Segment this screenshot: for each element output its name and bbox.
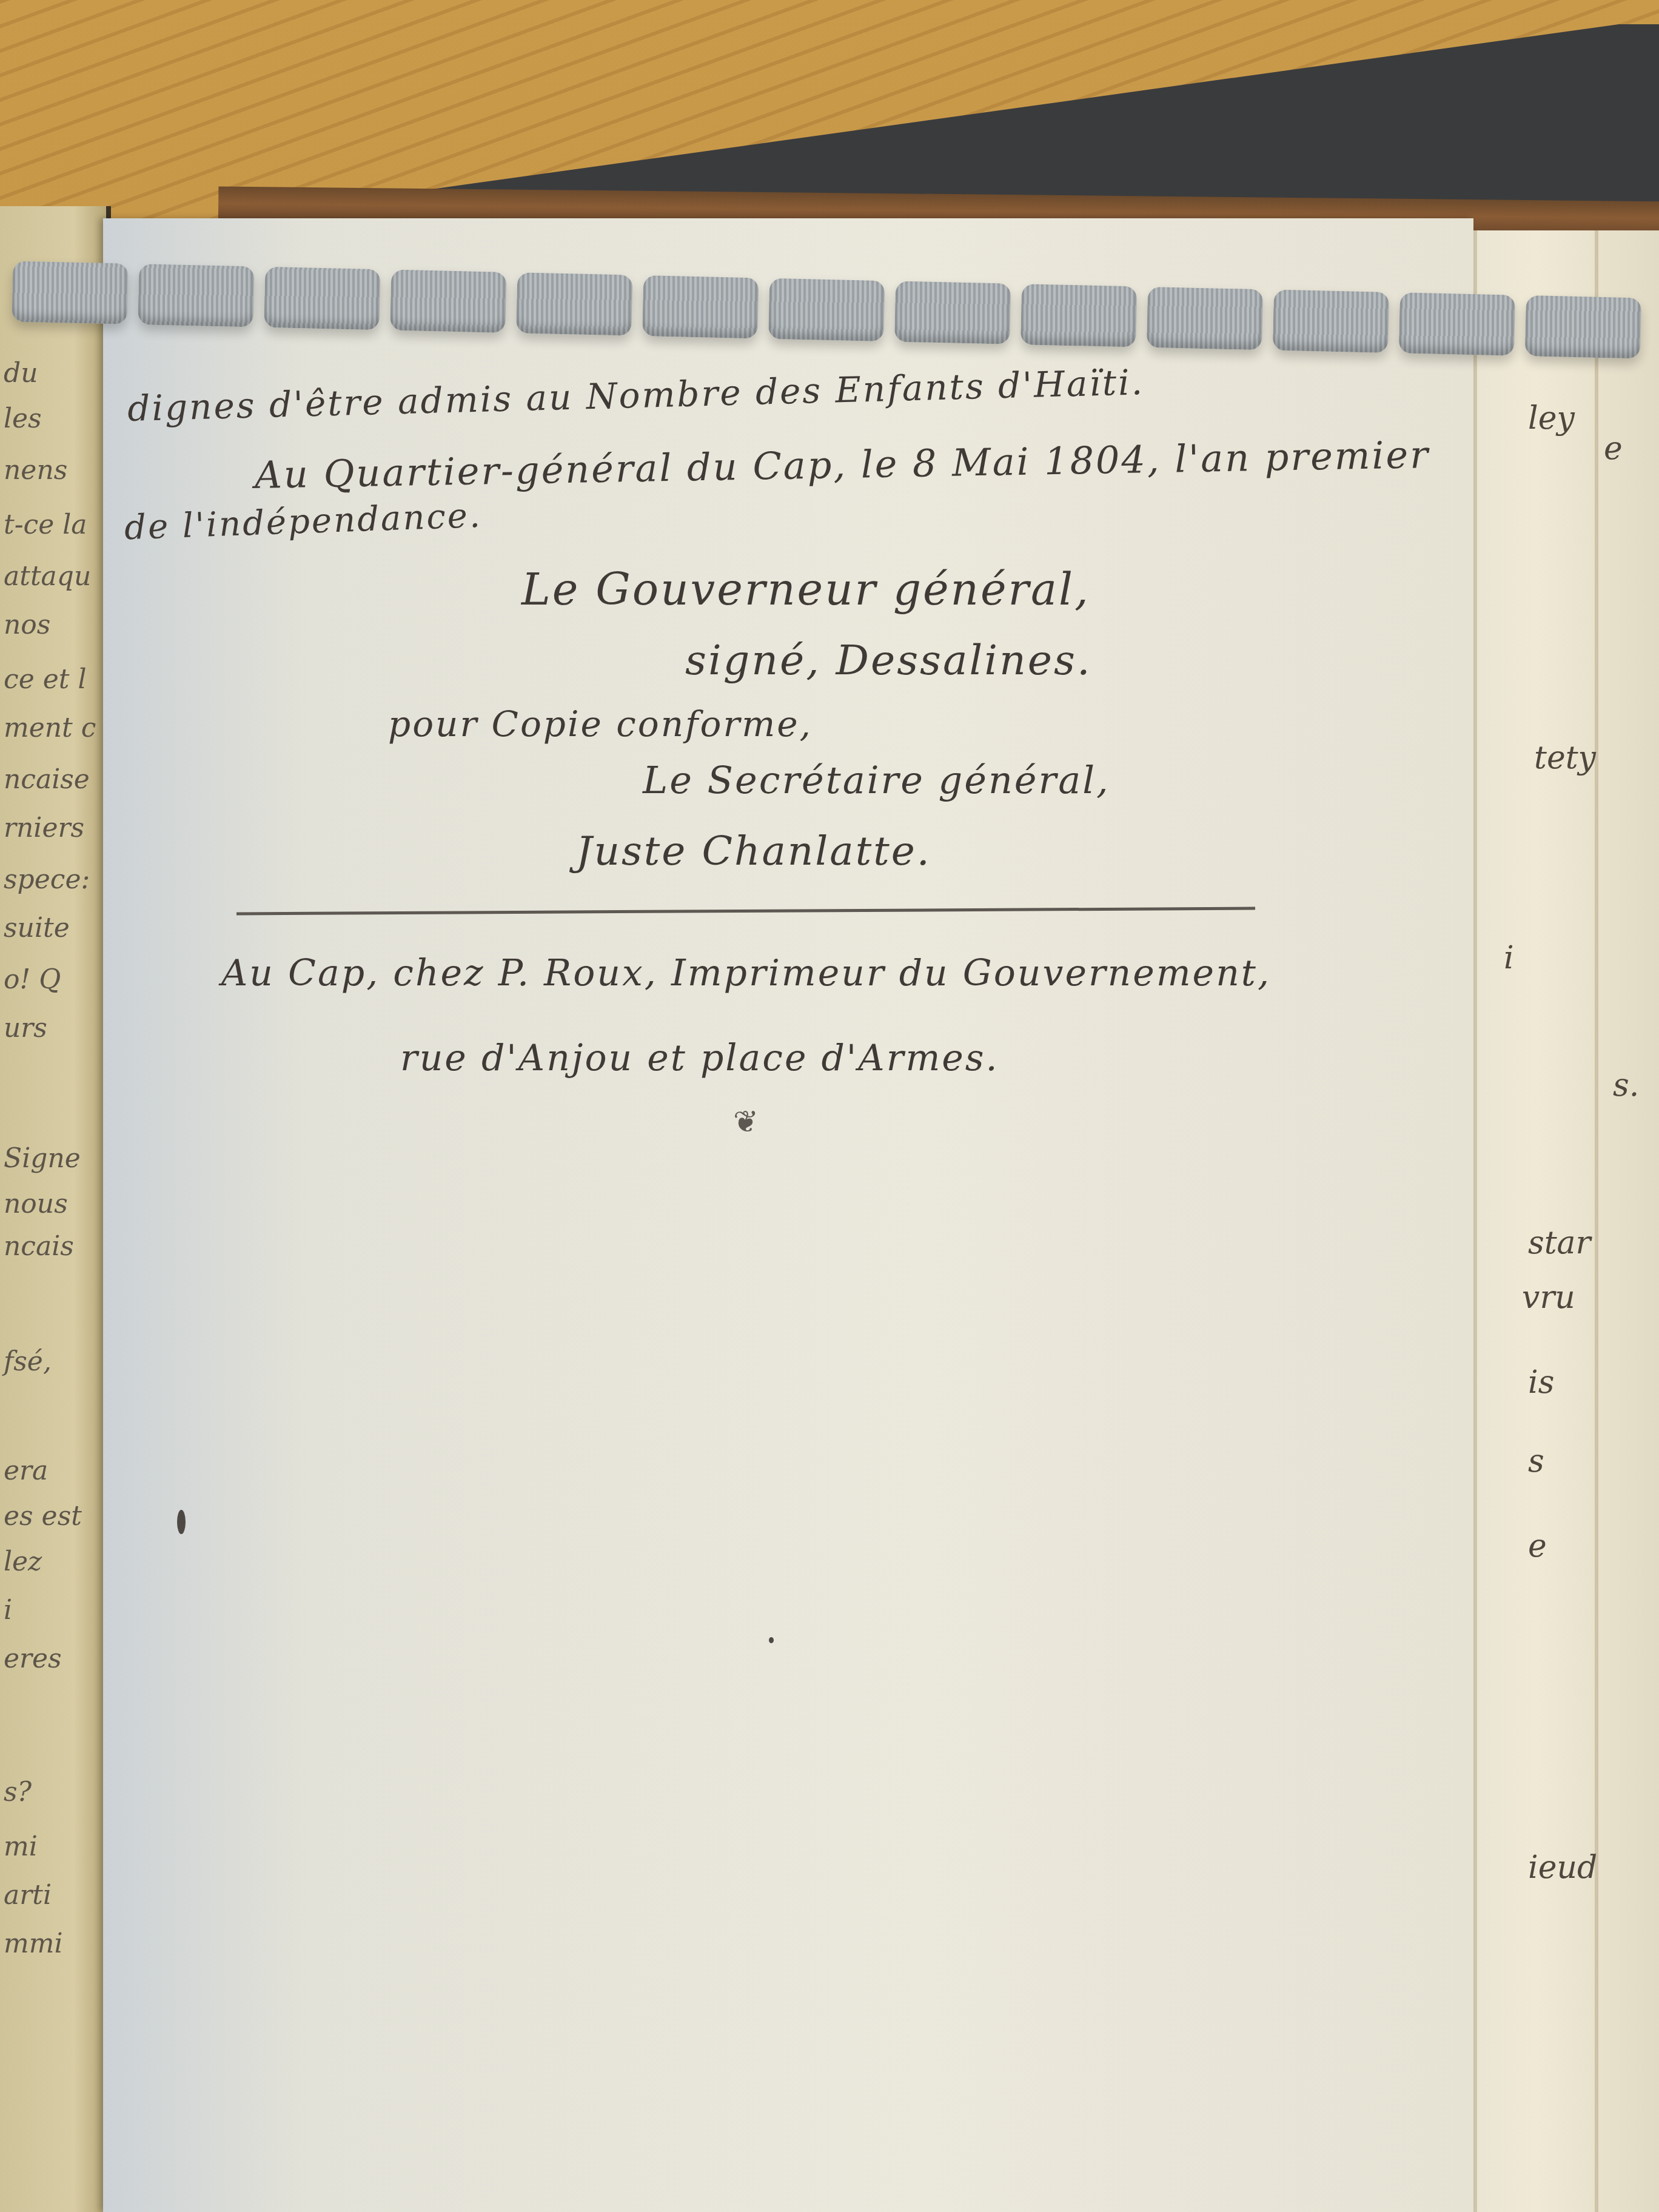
left-text-fragment: ncais	[4, 1231, 74, 1262]
printer-imprint: Au Cap, chez P. Roux, Imprimeur du Gouve…	[221, 952, 1271, 994]
signatory-title: Le Gouverneur général,	[521, 564, 1090, 615]
ink-blot	[177, 1510, 186, 1534]
page-fold-line	[1473, 230, 1477, 2212]
left-text-fragment: era	[4, 1455, 48, 1486]
ribbon-segment	[1147, 287, 1263, 350]
right-text-fragment: vru	[1522, 1279, 1575, 1316]
ribbon-segment	[1399, 292, 1515, 355]
left-text-fragment: ce et l	[4, 664, 86, 695]
left-text-fragment: spece:	[4, 864, 90, 895]
certification-line: pour Copie conforme,	[388, 703, 813, 745]
left-text-fragment: arti	[4, 1880, 52, 1911]
page-fold-line	[1595, 230, 1598, 2212]
ribbon-segment	[1021, 284, 1137, 347]
printer-address: rue d'Anjou et place d'Armes.	[400, 1037, 999, 1079]
left-text-fragment: s?	[4, 1777, 32, 1808]
right-text-fragment: ley	[1528, 400, 1575, 437]
left-text-fragment: ment c	[4, 712, 96, 743]
left-facing-page: du les nens t-ce la attaqu nos ce et l m…	[0, 206, 111, 2212]
right-text-fragment: i	[1504, 940, 1514, 976]
ribbon-segment	[264, 267, 380, 330]
ribbon-segment	[768, 278, 885, 341]
right-underlying-pages: ley e tety i s. star vru is s e ieud	[1455, 230, 1659, 2212]
left-text-fragment: nos	[4, 609, 50, 640]
left-text-fragment: du	[4, 358, 38, 389]
left-text-fragment: i	[4, 1595, 12, 1626]
left-text-fragment: lez	[4, 1546, 42, 1577]
left-text-fragment: eres	[4, 1643, 62, 1674]
secretary-title: Le Secrétaire général,	[643, 758, 1110, 802]
left-text-fragment: nous	[4, 1188, 68, 1219]
right-text-fragment: e	[1604, 431, 1623, 467]
ribbon-segment	[516, 272, 632, 335]
ribbon-segment	[894, 281, 1011, 344]
ribbon-segment	[1273, 290, 1389, 353]
right-text-fragment: tety	[1534, 740, 1596, 776]
right-text-fragment: s.	[1613, 1067, 1639, 1104]
left-text-fragment: les	[4, 403, 42, 434]
left-text-fragment: rniers	[4, 813, 84, 843]
left-text-fragment: Signe	[4, 1143, 81, 1174]
right-text-fragment: star	[1528, 1225, 1590, 1261]
right-text-fragment: is	[1528, 1364, 1554, 1401]
ink-dot	[769, 1637, 774, 1643]
left-text-fragment: fsé,	[4, 1346, 52, 1377]
signatory-name: signé, Dessalines.	[685, 637, 1092, 685]
ribbon-segment	[138, 264, 254, 327]
left-text-fragment: ncaise	[4, 764, 90, 795]
left-text-fragment: mi	[4, 1831, 38, 1862]
left-text-fragment: attaqu	[4, 561, 91, 592]
left-text-fragment: o! Q	[4, 964, 61, 995]
ribbon-segment	[390, 270, 506, 333]
left-text-fragment: es est	[4, 1501, 82, 1532]
ribbon-segment	[642, 275, 759, 338]
right-text-fragment: ieud	[1528, 1849, 1597, 1886]
left-text-fragment: nens	[4, 455, 67, 486]
left-text-fragment: urs	[4, 1013, 47, 1044]
left-text-fragment: mmi	[4, 1928, 63, 1959]
ribbon-segment	[1525, 295, 1641, 358]
ribbon-segment	[12, 261, 128, 324]
left-text-fragment: t-ce la	[4, 509, 87, 540]
flourish-ornament-icon: ❦	[658, 1104, 834, 1140]
right-text-fragment: e	[1528, 1528, 1547, 1564]
left-text-fragment: suite	[4, 913, 70, 943]
right-text-fragment: s	[1528, 1443, 1544, 1480]
secretary-name: Juste Chanlatte.	[576, 828, 931, 874]
